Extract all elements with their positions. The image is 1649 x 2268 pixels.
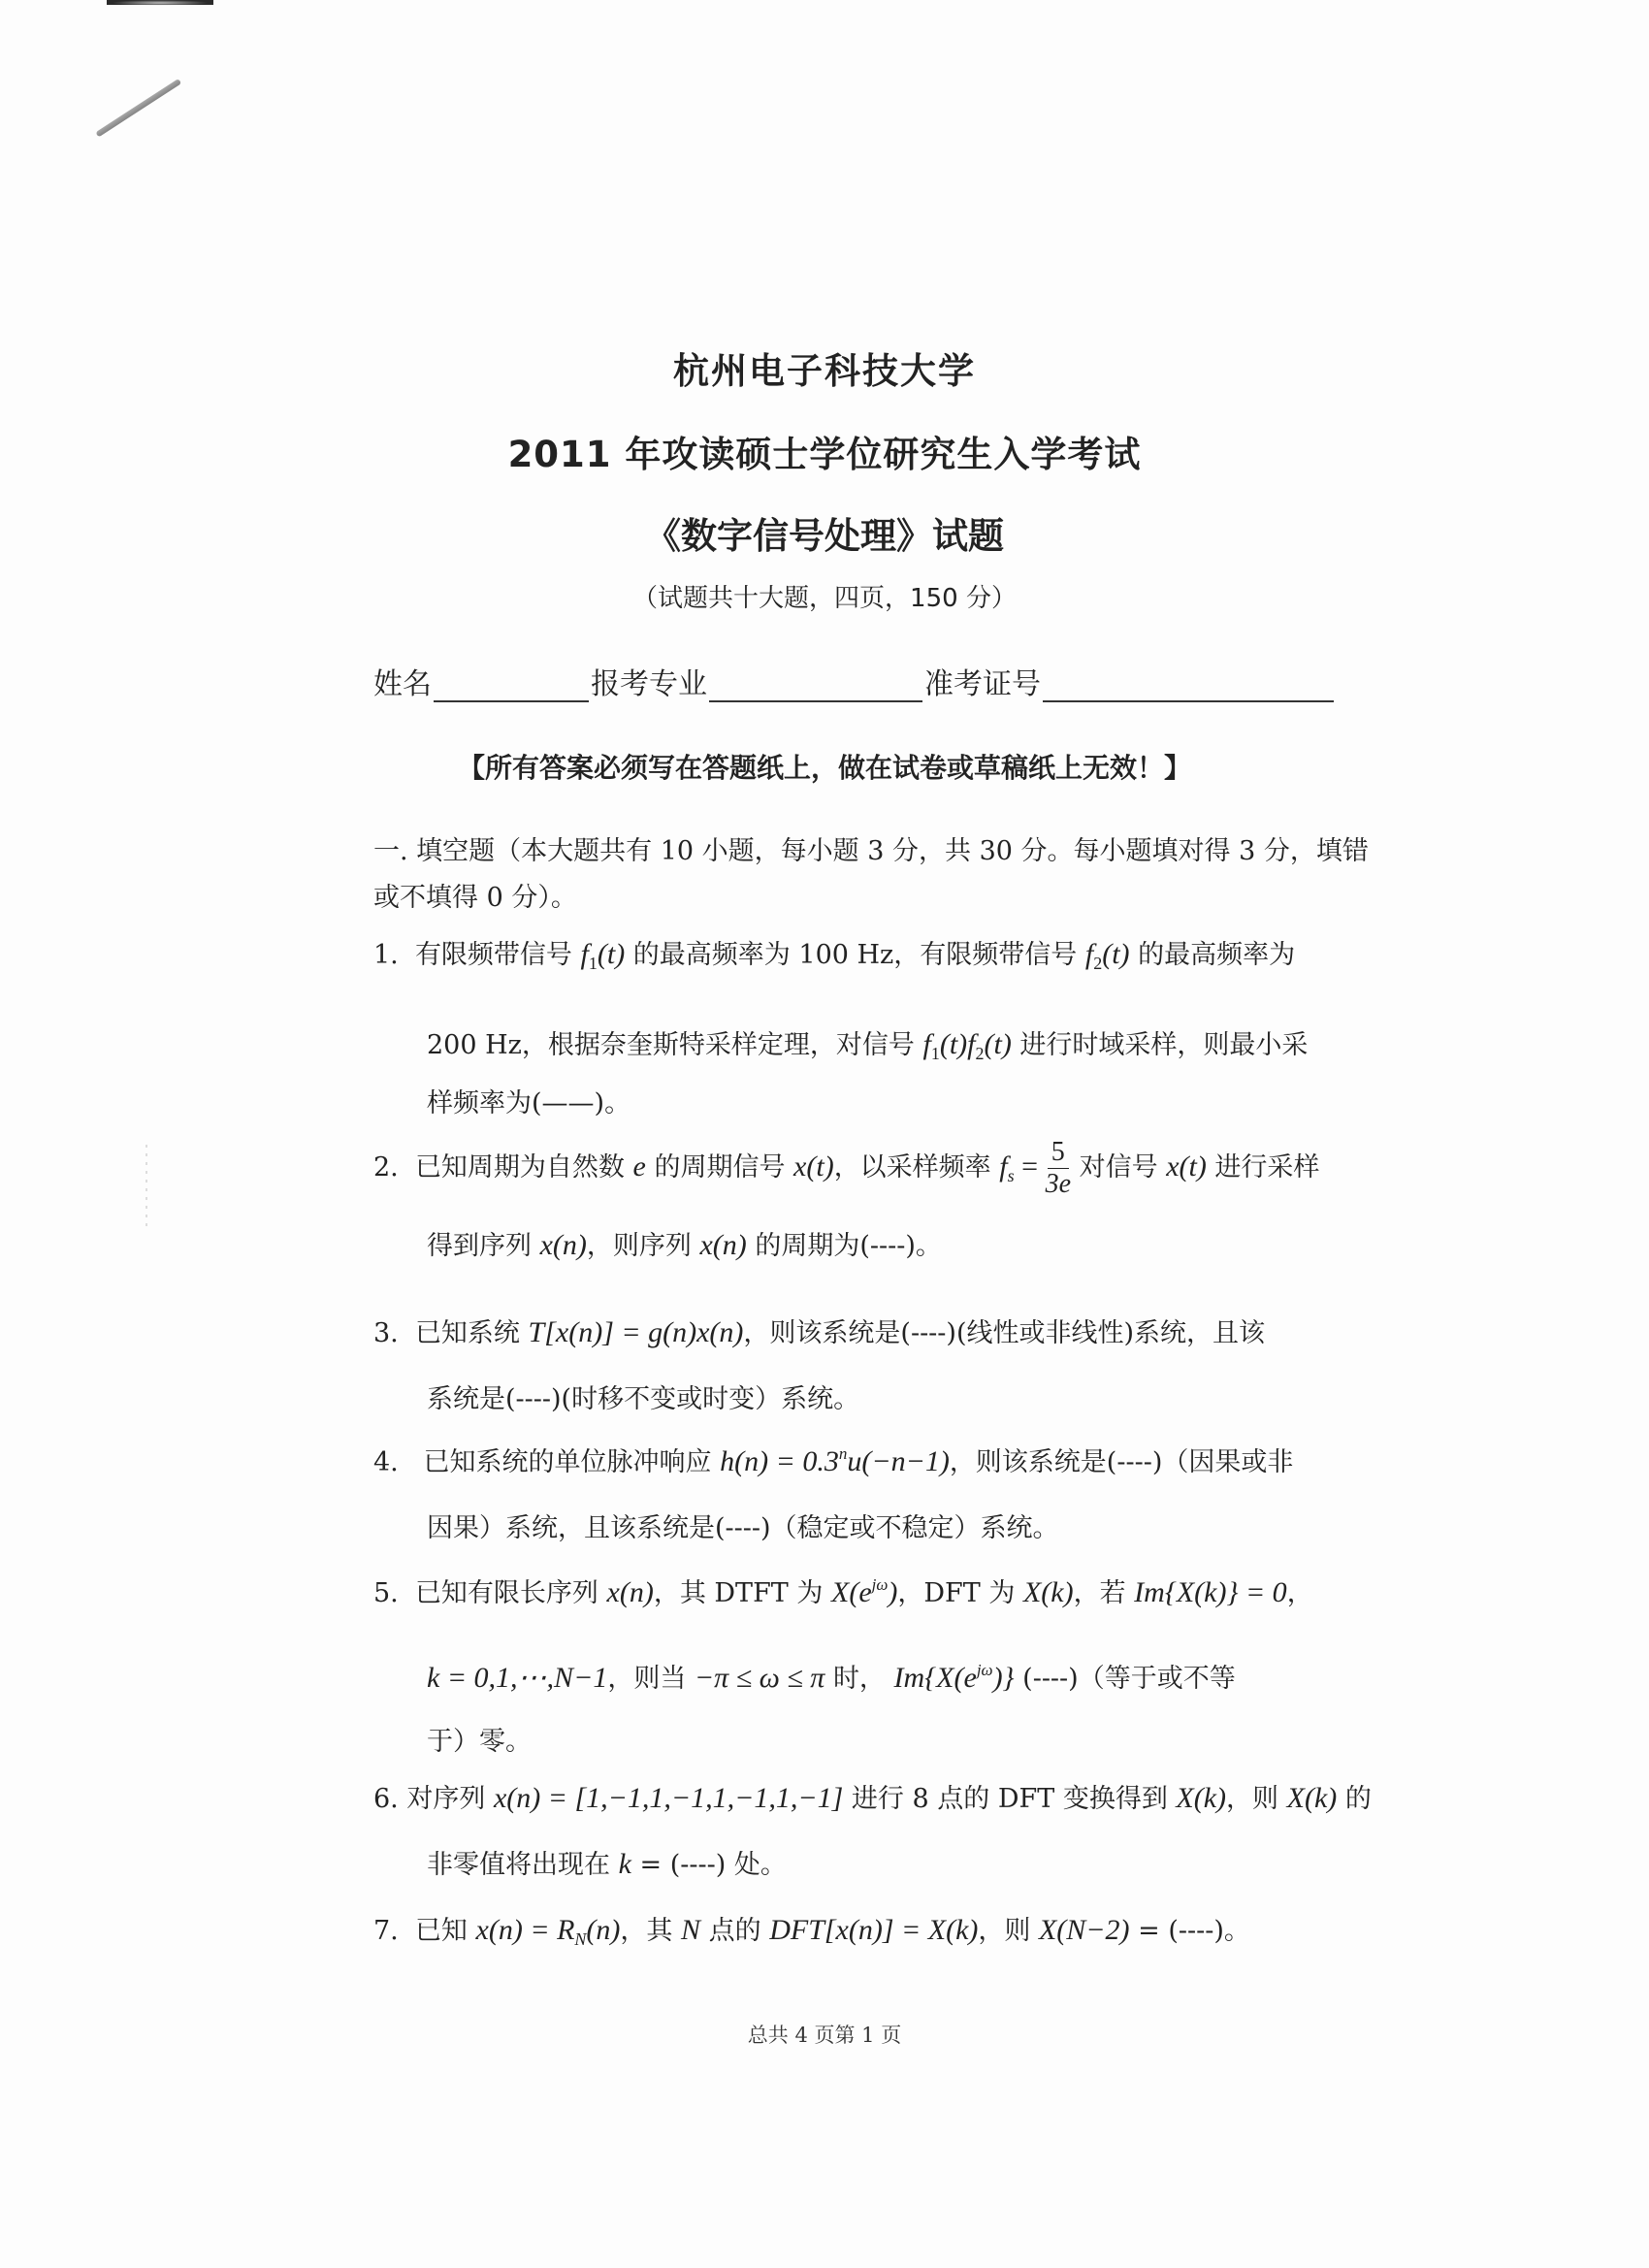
math-e: e — [633, 1150, 646, 1183]
text: 已知 — [415, 1916, 468, 1946]
question-2-line2: 得到序列 x(n)，则序列 x(n) 的周期为(----)。 — [427, 1224, 1465, 1262]
text: 时， — [833, 1664, 886, 1694]
text: 进行时域采样，则最小采 — [1019, 1030, 1308, 1060]
math-f1f2: f1(t)f2(t) — [922, 1028, 1011, 1060]
math-f1t: f1(t) — [581, 938, 626, 970]
question-4-line1: 4. 已知系统的单位脉冲响应 h(n) = 0.3nu(−n−1)，则该系统是(… — [373, 1441, 1411, 1478]
text: 得到序列 — [427, 1231, 532, 1261]
math-xn: x(n) — [607, 1576, 654, 1608]
text: 已知系统的单位脉冲响应 — [424, 1447, 712, 1477]
math-im-xk: Im{X(k)} = 0 — [1134, 1576, 1287, 1608]
math-dtft: X(ejω) — [831, 1576, 897, 1608]
math-k: k — [619, 1848, 631, 1880]
scan-shadow — [112, 0, 209, 6]
text: 非零值将出现在 — [427, 1850, 610, 1880]
text: 的最高频率为 — [633, 940, 791, 970]
text: ，则序列 — [587, 1231, 692, 1261]
text: ，DFT 为 — [897, 1578, 1015, 1608]
text: 已知周期为自然数 — [415, 1152, 625, 1183]
question-5-line2: k = 0,1,⋯,N−1，则当 −π ≤ ω ≤ π 时， Im{X(ejω)… — [427, 1657, 1465, 1695]
math-k-range: k = 0,1,⋯,N−1 — [427, 1662, 607, 1694]
math-Xk: X(k) — [1023, 1576, 1074, 1608]
section-heading-line1: 一. 填空题（本大题共有 10 小题，每小题 3 分，共 30 分。每小题填对得… — [373, 829, 1411, 867]
text: 已知系统 — [415, 1318, 520, 1348]
question-7-line1: 7. 已知 x(n) = RN(n)，其 N 点的 DFT[x(n)] = X(… — [373, 1909, 1411, 1950]
text: (----)（等于或不等 — [1022, 1664, 1236, 1694]
text: 有限频带信号 — [415, 940, 572, 970]
question-3-line1: 3. 已知系统 T[x(n)] = g(n)x(n)，则该系统是(----)(线… — [373, 1312, 1411, 1349]
text: ，其 DTFT 为 — [654, 1578, 824, 1608]
question-number: 7. — [373, 1916, 399, 1946]
section-heading-line2: 或不填得 0 分）。 — [373, 876, 1411, 914]
page-footer: 总共 4 页第 1 页 — [0, 2020, 1649, 2049]
math-XN2: X(N−2) — [1039, 1914, 1130, 1946]
math-dft: DFT[x(n)] = X(k) — [769, 1914, 978, 1946]
text: = (----) 处。 — [640, 1850, 787, 1880]
text: ，则该系统是(----)（因果或非 — [950, 1447, 1294, 1477]
candidate-info-fields: 姓名 报考专业 准考证号 — [373, 660, 1406, 702]
math-system: T[x(n)] = g(n)x(n) — [529, 1316, 744, 1348]
question-2-line1: 2. 已知周期为自然数 e 的周期信号 x(t)，以采样频率 fs = 53e … — [373, 1137, 1411, 1200]
question-number: 6. — [373, 1784, 399, 1814]
question-number: 2. — [373, 1152, 399, 1183]
text: 进行 8 点的 DFT 变换得到 — [852, 1784, 1168, 1814]
question-number: 3. — [373, 1318, 399, 1348]
text: ，则 — [978, 1916, 1030, 1946]
text: 100 Hz，有限频带信号 — [798, 940, 1077, 970]
text: ， — [1287, 1578, 1313, 1608]
question-4-line2: 因果）系统，且该系统是(----)（稳定或不稳定）系统。 — [427, 1507, 1465, 1544]
exam-id-blank[interactable] — [1043, 671, 1334, 702]
subject-title: 《数字信号处理》试题 — [0, 506, 1649, 559]
question-6-line2: 非零值将出现在 k = (----) 处。 — [427, 1843, 1465, 1881]
text: 的周期信号 — [654, 1152, 785, 1183]
question-1-line1: 1. 有限频带信号 f1(t) 的最高频率为 100 Hz，有限频带信号 f2(… — [373, 933, 1411, 974]
math-xt: x(t) — [793, 1150, 834, 1183]
id-label: 准考证号 — [924, 660, 1041, 702]
math-xn: x(n) — [699, 1229, 746, 1261]
text: 的周期为(----)。 — [755, 1231, 942, 1261]
exam-title: 2011 年攻读硕士学位研究生入学考试 — [0, 425, 1649, 477]
question-5-line1: 5. 已知有限长序列 x(n)，其 DTFT 为 X(ejω)，DFT 为 X(… — [373, 1571, 1411, 1609]
exam-page: 杭州电子科技大学 2011 年攻读硕士学位研究生入学考试 《数字信号处理》试题 … — [0, 0, 1649, 2268]
math-xt: x(t) — [1166, 1150, 1207, 1183]
exam-summary: （试题共十大题，四页，150 分） — [0, 578, 1649, 614]
text: = (----)。 — [1138, 1916, 1250, 1946]
text: ，则当 — [607, 1664, 686, 1694]
math-im-dtft: Im{X(ejω)} — [894, 1662, 1015, 1694]
text: 进行采样 — [1214, 1152, 1319, 1183]
math-impulse-response: h(n) = 0.3nu(−n−1) — [720, 1445, 950, 1477]
major-blank[interactable] — [709, 671, 922, 702]
major-label: 报考专业 — [591, 660, 707, 702]
question-number: 5. — [373, 1578, 399, 1608]
text: ，则 — [1226, 1784, 1278, 1814]
math-Xk: X(k) — [1287, 1782, 1338, 1814]
math-omega-range: −π ≤ ω ≤ π — [695, 1662, 824, 1694]
text: ，以采样频率 — [834, 1152, 991, 1183]
text: ，则该系统是(----)(线性或非线性)系统，且该 — [743, 1318, 1265, 1348]
name-blank[interactable] — [434, 671, 589, 702]
scan-noise — [145, 1145, 147, 1232]
text: 的 — [1345, 1784, 1372, 1814]
question-number: 4. — [373, 1447, 399, 1477]
text: 200 Hz，根据奈奎斯特采样定理，对信号 — [427, 1030, 915, 1060]
math-rect-seq: x(n) = RN(n) — [476, 1914, 621, 1946]
math-sequence: x(n) = [1,−1,1,−1,1,−1,1,−1] — [494, 1782, 843, 1814]
math-xn: x(n) — [540, 1229, 587, 1261]
text: 对信号 — [1080, 1152, 1158, 1183]
text: ，其 — [620, 1916, 672, 1946]
math-f2t: f2(t) — [1085, 938, 1130, 970]
question-3-line2: 系统是(----)(时移不变或时变）系统。 — [427, 1377, 1465, 1415]
text: ，若 — [1074, 1578, 1126, 1608]
question-5-line3: 于）零。 — [427, 1720, 1465, 1758]
math-N: N — [681, 1914, 700, 1946]
fraction-5-over-3e: 53e — [1046, 1137, 1071, 1200]
question-1-line3: 样频率为(——)。 — [427, 1082, 1465, 1119]
text: 点的 — [709, 1916, 761, 1946]
answer-notice: 【所有答案必须写在答题纸上，做在试卷或草稿纸上无效！】 — [0, 747, 1649, 786]
staple-mark — [95, 79, 181, 138]
name-label: 姓名 — [373, 660, 432, 702]
university-name: 杭州电子科技大学 — [0, 341, 1649, 394]
text: 的最高频率为 — [1138, 940, 1295, 970]
text: 对序列 — [406, 1784, 485, 1814]
question-number: 1. — [373, 940, 399, 970]
question-6-line1: 6. 对序列 x(n) = [1,−1,1,−1,1,−1,1,−1] 进行 8… — [373, 1777, 1411, 1815]
math-Xk: X(k) — [1176, 1782, 1226, 1814]
text: 已知有限长序列 — [415, 1578, 598, 1608]
math-fs: fs = — [999, 1150, 1045, 1183]
question-1-line2: 200 Hz，根据奈奎斯特采样定理，对信号 f1(t)f2(t) 进行时域采样，… — [427, 1023, 1465, 1064]
